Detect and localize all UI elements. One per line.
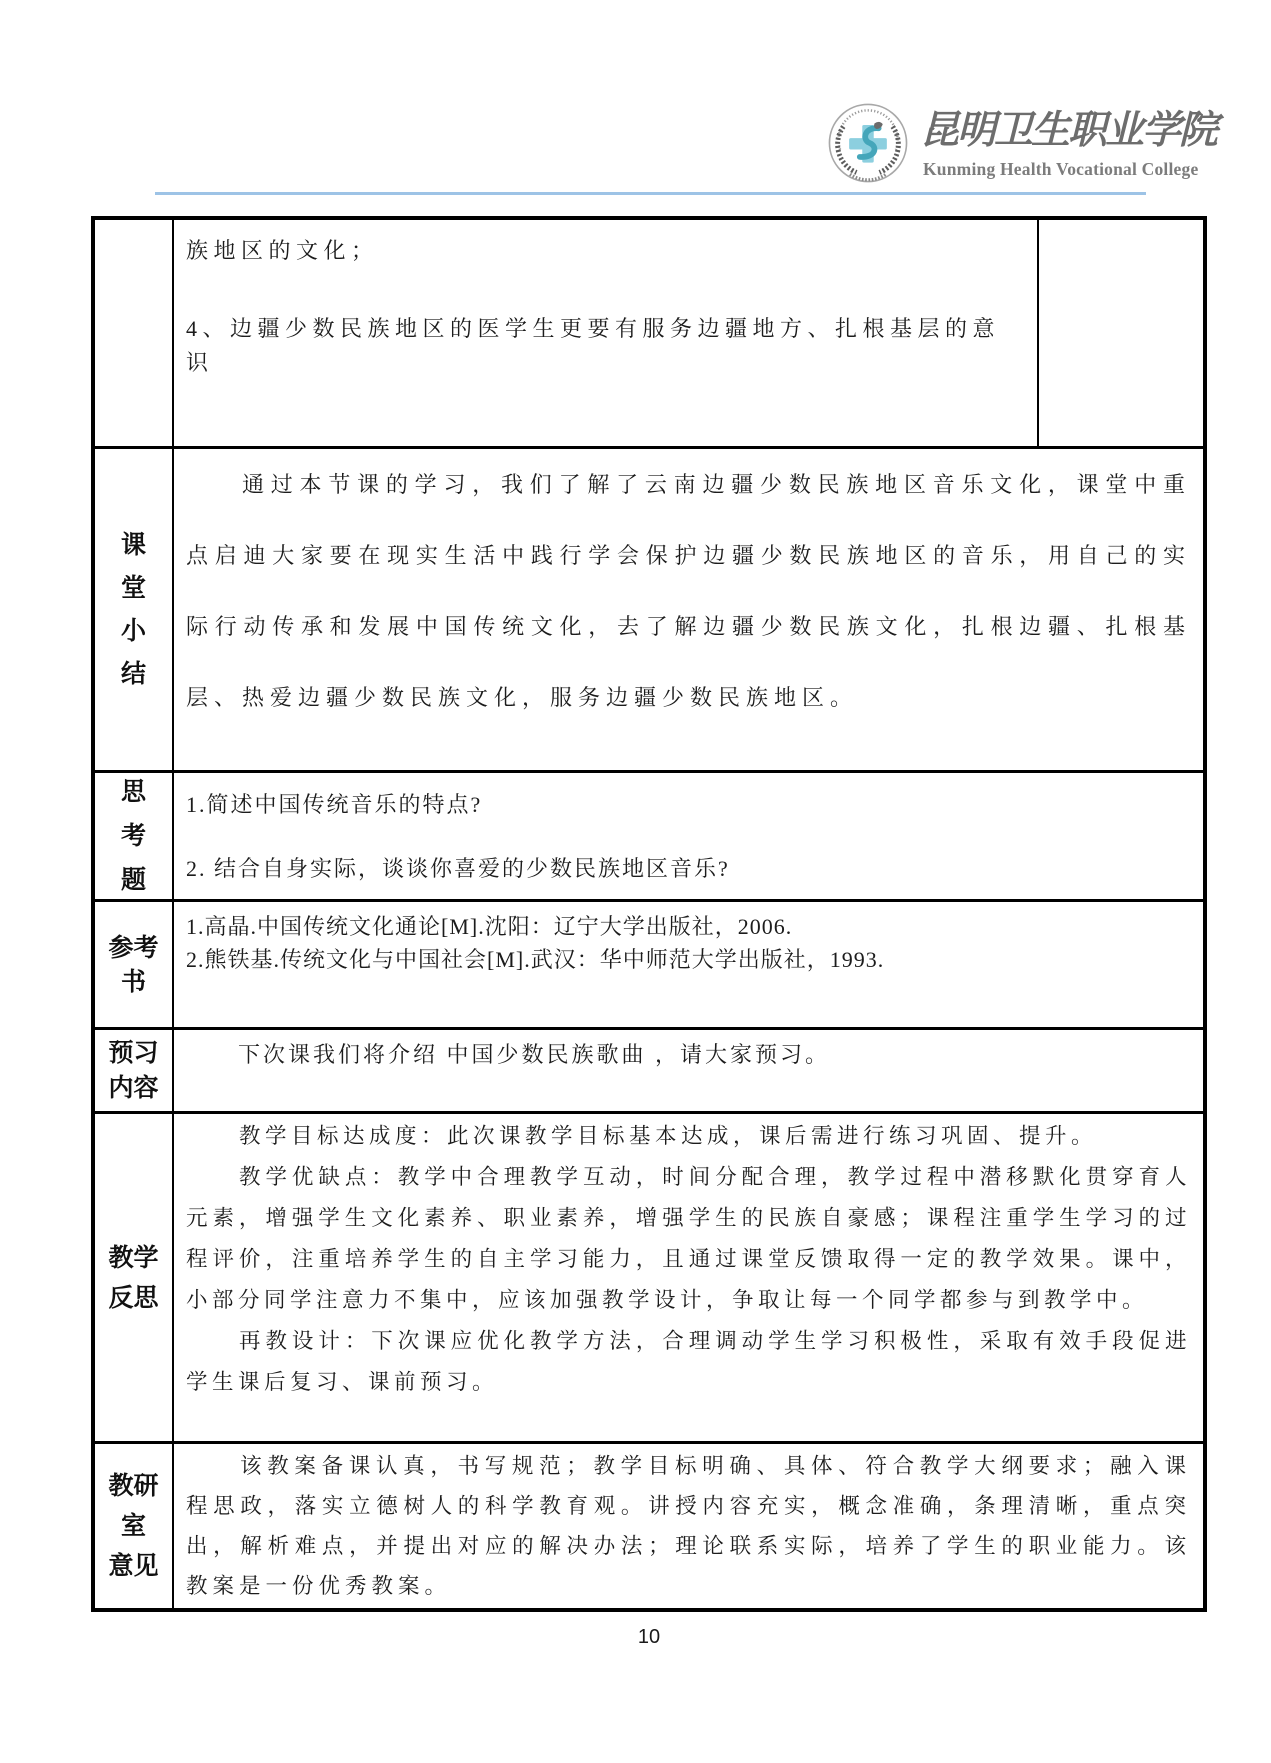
college-name-english: Kunming Health Vocational College — [923, 159, 1233, 180]
paragraph: 2. 结合自身实际，谈谈你喜爱的少数民族地区音乐? — [186, 837, 1191, 899]
label-char: 题 — [121, 858, 146, 902]
table-row-reference-books: 参考 书 1.高晶.中国传统文化通论[M].沈阳：辽宁大学出版社，2006. 2… — [95, 902, 1203, 1030]
class-summary-content: 通过本节课的学习，我们了解了云南边疆少数民族地区音乐文化，课堂中重点启迪大家要在… — [174, 449, 1203, 770]
table-row-class-summary: 课 堂 小 结 通过本节课的学习，我们了解了云南边疆少数民族地区音乐文化，课堂中… — [95, 449, 1203, 773]
table-row-preview-content: 预习 内容 下次课我们将介绍 中国少数民族歌曲 ，请大家预习。 — [95, 1030, 1203, 1114]
table-row-thinking-questions: 思 考 题 1.简述中国传统音乐的特点? 2. 结合自身实际，谈谈你喜爱的少数民… — [95, 773, 1203, 902]
paragraph: 2.熊铁基.传统文化与中国社会[M].武汉：华中师范大学出版社，1993. — [186, 943, 1191, 976]
label-char: 结 — [121, 653, 146, 696]
label-chars: 反思 — [108, 1278, 158, 1318]
label-char: 考 — [121, 814, 146, 858]
label-chars: 意见 — [108, 1546, 158, 1586]
row-label-preview-content: 预习 内容 — [95, 1030, 174, 1111]
label-chars: 教学 — [108, 1238, 158, 1278]
page-number: 10 — [91, 1626, 1207, 1649]
paragraph: 教学优缺点：教学中合理教学互动，时间分配合理，教学过程中潜移默化贯穿育人元素，增… — [186, 1157, 1191, 1321]
paragraph: 教学目标达成度：此次课教学目标基本达成，课后需进行练习巩固、提升。 — [186, 1116, 1191, 1157]
label-char: 室 — [121, 1506, 146, 1546]
paragraph: 通过本节课的学习，我们了解了云南边疆少数民族地区音乐文化，课堂中重点启迪大家要在… — [186, 449, 1191, 733]
thinking-questions-content: 1.简述中国传统音乐的特点? 2. 结合自身实际，谈谈你喜爱的少数民族地区音乐? — [174, 773, 1203, 899]
label-char: 小 — [121, 610, 146, 653]
row-label-class-summary: 课 堂 小 结 — [95, 449, 174, 770]
paragraph: 该教案备课认真，书写规范；教学目标明确、具体、符合教学大纲要求；融入课程思政，落… — [186, 1446, 1191, 1606]
label-char: 课 — [121, 524, 146, 567]
table-row-office-opinion: 教研 室 意见 该教案备课认真，书写规范；教学目标明确、具体、符合教学大纲要求；… — [95, 1444, 1203, 1608]
empty-side-cell — [1037, 220, 1203, 446]
row-label-thinking-questions: 思 考 题 — [95, 773, 174, 899]
label-chars: 预习 — [108, 1036, 158, 1071]
document-page: 昆明卫生职业学院 Kunming Health Vocational Colle… — [0, 0, 1271, 1763]
label-chars: 参考 — [108, 931, 158, 965]
preview-content-content: 下次课我们将介绍 中国少数民族歌曲 ，请大家预习。 — [174, 1030, 1203, 1111]
row-label-empty — [95, 220, 174, 446]
label-chars: 内容 — [108, 1071, 158, 1106]
reference-books-content: 1.高晶.中国传统文化通论[M].沈阳：辽宁大学出版社，2006. 2.熊铁基.… — [174, 902, 1203, 1027]
row-label-office-opinion: 教研 室 意见 — [95, 1444, 174, 1608]
teaching-reflection-content: 教学目标达成度：此次课教学目标基本达成，课后需进行练习巩固、提升。 教学优缺点：… — [174, 1114, 1203, 1441]
paragraph: 族地区的文化； — [186, 234, 1025, 268]
label-chars: 教研 — [108, 1466, 158, 1506]
table-row-continuation: 族地区的文化； 4、边疆少数民族地区的医学生更要有服务边疆地方、扎根基层的意识 — [95, 220, 1203, 449]
label-char: 堂 — [121, 567, 146, 610]
row-label-reference-books: 参考 书 — [95, 902, 174, 1027]
table-row-teaching-reflection: 教学 反思 教学目标达成度：此次课教学目标基本达成，课后需进行练习巩固、提升。 … — [95, 1114, 1203, 1444]
paragraph: 1.高晶.中国传统文化通论[M].沈阳：辽宁大学出版社，2006. — [186, 910, 1191, 943]
paragraph: 下次课我们将介绍 中国少数民族歌曲 ，请大家预习。 — [186, 1036, 1191, 1074]
paragraph: 1.简述中国传统音乐的特点? — [186, 773, 1191, 837]
header-divider — [155, 192, 1146, 195]
office-opinion-content: 该教案备课认真，书写规范；教学目标明确、具体、符合教学大纲要求；融入课程思政，落… — [174, 1444, 1203, 1608]
paragraph: 再教设计：下次课应优化教学方法，合理调动学生学习积极性，采取有效手段促进学生课后… — [186, 1321, 1191, 1403]
row-label-teaching-reflection: 教学 反思 — [95, 1114, 174, 1441]
college-seal-icon — [827, 102, 909, 184]
label-char: 思 — [121, 770, 146, 814]
lesson-plan-table: 族地区的文化； 4、边疆少数民族地区的医学生更要有服务边疆地方、扎根基层的意识 … — [91, 216, 1207, 1612]
college-name-chinese: 昆明卫生职业学院 — [920, 106, 1230, 156]
paragraph: 4、边疆少数民族地区的医学生更要有服务边疆地方、扎根基层的意识 — [186, 312, 1025, 380]
continuation-content: 族地区的文化； 4、边疆少数民族地区的医学生更要有服务边疆地方、扎根基层的意识 — [174, 220, 1037, 446]
label-char: 书 — [121, 965, 146, 999]
